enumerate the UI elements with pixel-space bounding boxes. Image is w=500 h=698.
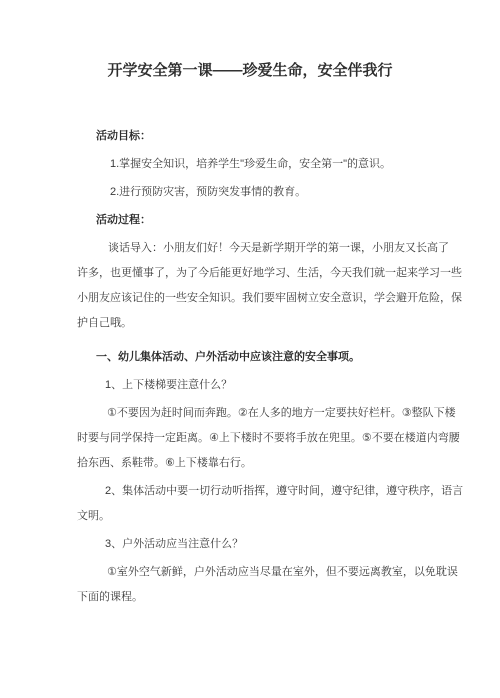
doc-paragraph: 2.进行预防灾害，预防突发事情的教育。 [77, 180, 455, 205]
doc-paragraph: 1、上下楼梯要注意什么？ [77, 373, 455, 398]
doc-heading: 活动目标： [77, 124, 455, 149]
doc-paragraph: ①不要因为赶时间而奔跑。②在人多的地方一定要扶好栏杆。③整队下楼时要与同学保持一… [77, 401, 455, 476]
doc-line: ①室外空气新鲜，户外活动应当尽量在室外，但不要远离教室，以免耽误 [77, 560, 455, 585]
doc-line: 谈话导入：小朋友们好！今天是新学期开学的第一课，小朋友又长高了 [77, 236, 455, 261]
document-title: 开学安全第一课——珍爱生命，安全伴我行 [0, 58, 500, 84]
document-page: 开学安全第一课——珍爱生命，安全伴我行 活动目标：1.掌握安全知识，培养学生"珍… [0, 0, 500, 698]
doc-heading: 活动过程： [77, 208, 455, 233]
doc-line: 一、幼儿集体活动、户外活动中应该注意的安全事项。 [77, 345, 455, 370]
doc-line: 活动目标： [77, 124, 455, 149]
doc-paragraph: 3、户外活动应当注意什么？ [77, 532, 455, 557]
doc-line: 下面的课程。 [77, 585, 455, 610]
doc-line: 拾东西、系鞋带。⑥上下楼靠右行。 [77, 451, 455, 476]
doc-line: 文明。 [77, 504, 455, 529]
doc-line: ①不要因为赶时间而奔跑。②在人多的地方一定要扶好栏杆。③整队下楼 [77, 401, 455, 426]
doc-line: 2.进行预防灾害，预防突发事情的教育。 [77, 180, 455, 205]
doc-paragraph: 2、集体活动中要一切行动听指挥，遵守时间，遵守纪律，遵守秩序，语言文明。 [77, 479, 455, 529]
doc-line: 1.掌握安全知识，培养学生"珍爱生命，安全第一"的意识。 [77, 152, 455, 177]
doc-line: 许多，也更懂事了，为了今后能更好地学习、生活，今天我们就一起来学习一些 [77, 261, 455, 286]
doc-heading: 一、幼儿集体活动、户外活动中应该注意的安全事项。 [77, 345, 455, 370]
doc-paragraph: 谈话导入：小朋友们好！今天是新学期开学的第一课，小朋友又长高了许多，也更懂事了，… [77, 236, 455, 336]
doc-line: 时要与同学保持一定距离。④上下楼时不要将手放在兜里。⑤不要在楼道内弯腰 [77, 426, 455, 451]
doc-line: 活动过程： [77, 208, 455, 233]
doc-line: 小朋友应该记住的一些安全知识。我们要牢固树立安全意识，学会避开危险，保 [77, 286, 455, 311]
doc-line: 3、户外活动应当注意什么？ [77, 532, 455, 557]
document-body: 活动目标：1.掌握安全知识，培养学生"珍爱生命，安全第一"的意识。2.进行预防灾… [77, 124, 455, 610]
doc-line: 1、上下楼梯要注意什么？ [77, 373, 455, 398]
doc-line: 2、集体活动中要一切行动听指挥，遵守时间，遵守纪律，遵守秩序，语言 [77, 479, 455, 504]
doc-paragraph: 1.掌握安全知识，培养学生"珍爱生命，安全第一"的意识。 [77, 152, 455, 177]
doc-paragraph: ①室外空气新鲜，户外活动应当尽量在室外，但不要远离教室，以免耽误下面的课程。 [77, 560, 455, 610]
doc-line: 护自己哦。 [77, 311, 455, 336]
